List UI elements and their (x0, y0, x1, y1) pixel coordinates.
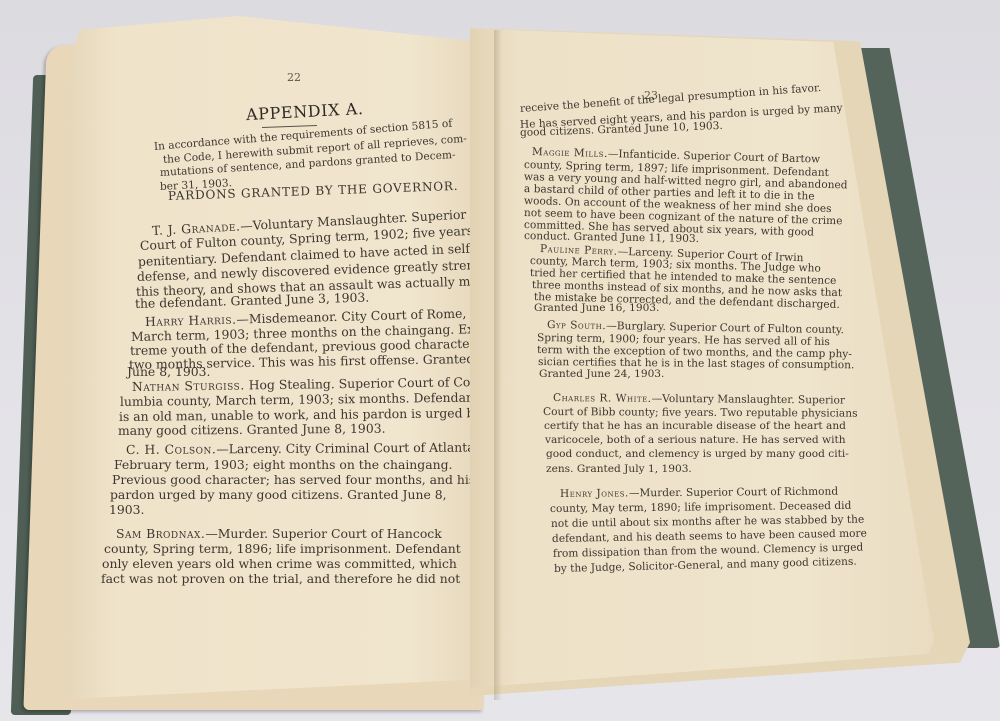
entry-line: Granted June 16, 1903. (534, 303, 659, 314)
entry-name: C. H. Colson. (126, 441, 216, 457)
entry-name: Nathan Sturgiss. (132, 377, 245, 394)
entry-name: Charles R. White. (553, 392, 652, 405)
entry-line: 1903. (109, 504, 144, 516)
entry-line: many good citizens. Granted June 8, 1903… (118, 423, 386, 438)
entry-line: pardon urged by many good citizens. Gran… (110, 489, 447, 501)
entry-line: Previous good character; has served four… (112, 474, 475, 486)
entry-name: Maggie Mills. (532, 146, 608, 160)
entry-line: good conduct, and clemency is urged by m… (546, 449, 849, 460)
entry-line: Granted June 24, 1903. (539, 369, 664, 380)
book-gutter (494, 30, 502, 700)
entry-line: varicocele, both of a serious nature. He… (545, 435, 846, 446)
entry-line: C. H. Colson.—Larceny. City Criminal Cou… (126, 442, 479, 457)
entry-line: Court of Bibb county; five years. Two re… (543, 407, 858, 419)
entry-name: Gyp South. (547, 319, 606, 332)
entry-line: Henry Jones.—Murder. Superior Court of R… (560, 487, 838, 500)
entry-line: Sam Brodnax.—Murder. Superior Court of H… (116, 528, 442, 540)
entry-line: February term, 1903; eight months on the… (114, 459, 452, 471)
entry-line: fact was not proven on the trial, and th… (101, 573, 460, 585)
entry-line: June 8, 1903. (127, 366, 210, 378)
entry-line: zens. Granted July 1, 1903. (546, 464, 692, 475)
entry-line: Charles R. White.—Voluntary Manslaughter… (553, 393, 845, 406)
left-page-number: 22 (287, 72, 301, 83)
entry-line: only eleven years old when crime was com… (102, 558, 457, 570)
entry-name: Sam Brodnax. (116, 526, 205, 541)
entry-line: county, Spring term, 1896; life imprison… (104, 543, 461, 555)
entry-line: certify that he has an incurable disease… (544, 421, 846, 432)
entry-name: Henry Jones. (560, 487, 629, 500)
